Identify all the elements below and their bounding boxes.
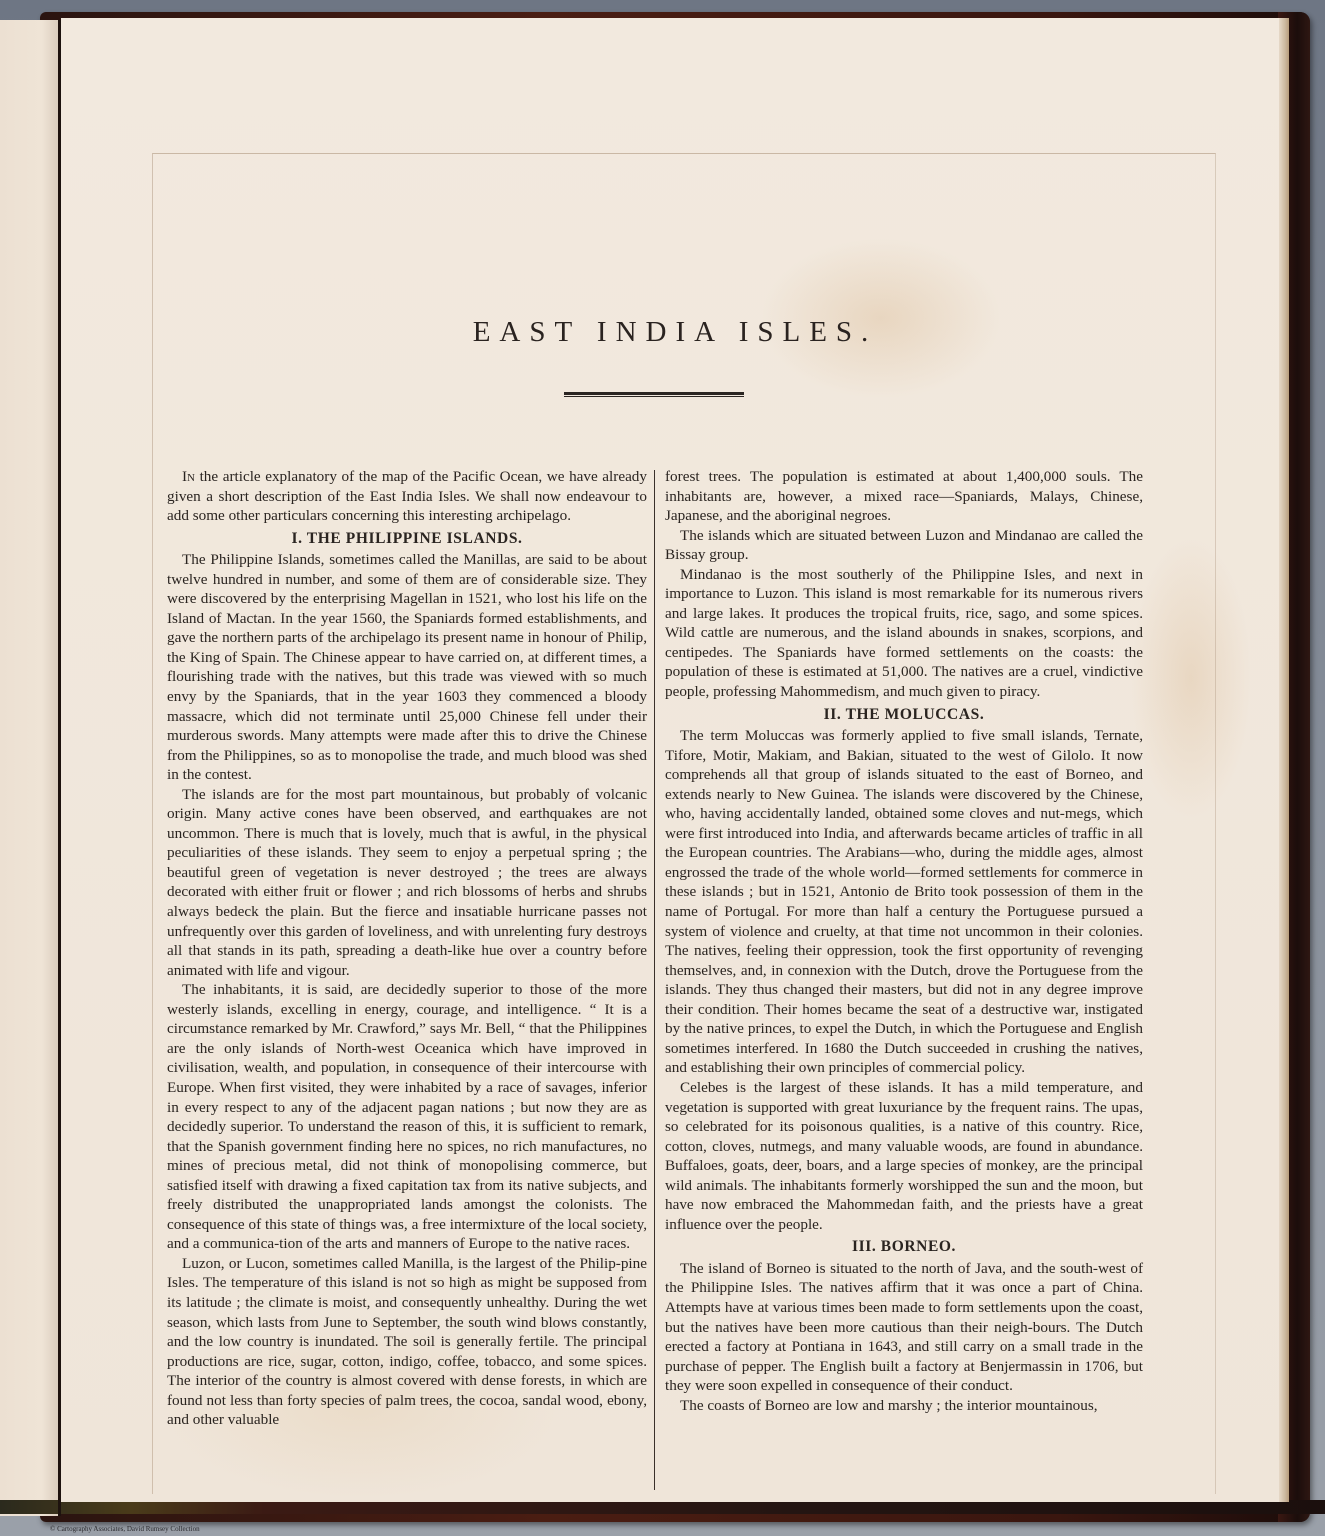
paragraph: The island of Borneo is situated to the … [665,1259,1143,1396]
book-bottom-edge [0,1500,1325,1514]
paragraph: Mindanao is the most southerly of the Ph… [665,565,1143,702]
copyright-credit: © Cartography Associates, David Rumsey C… [50,1525,200,1533]
left-column: In the article explanatory of the map of… [167,467,647,1430]
paragraph-continued: forest trees. The population is estimate… [665,467,1143,526]
paragraph: The coasts of Borneo are low and marshy … [665,1396,1143,1416]
right-column: forest trees. The population is estimate… [665,467,1143,1415]
paragraph: Luzon, or Lucon, sometimes called Manill… [167,1254,647,1430]
paragraph: Celebes is the largest of these islands.… [665,1078,1143,1234]
book-page: EAST INDIA ISLES. In the article explana… [61,18,1289,1502]
book-gutter [58,20,61,1516]
title-double-rule [564,392,744,397]
intro-text: the article explanatory of the map of th… [167,468,647,524]
intro-lead-word: In [182,468,195,485]
page-fore-edge [1279,18,1289,1502]
paragraph: The term Moluccas was formerly applied t… [665,726,1143,1078]
paragraph: The islands are for the most part mounta… [167,785,647,980]
paragraph: The Philippine Islands, sometimes called… [167,550,647,785]
paragraph: The inhabitants, it is said, are decided… [167,980,647,1254]
section-heading-moluccas: II. THE MOLUCCAS. [665,705,1143,725]
page-title: EAST INDIA ISLES. [61,316,1289,349]
paragraph: The islands which are situated between L… [665,526,1143,565]
facing-page [0,20,60,1516]
intro-paragraph: In the article explanatory of the map of… [167,467,647,526]
section-heading-philippines: I. THE PHILIPPINE ISLANDS. [167,529,647,549]
section-heading-borneo: III. BORNEO. [665,1237,1143,1257]
column-divider [654,470,655,1490]
